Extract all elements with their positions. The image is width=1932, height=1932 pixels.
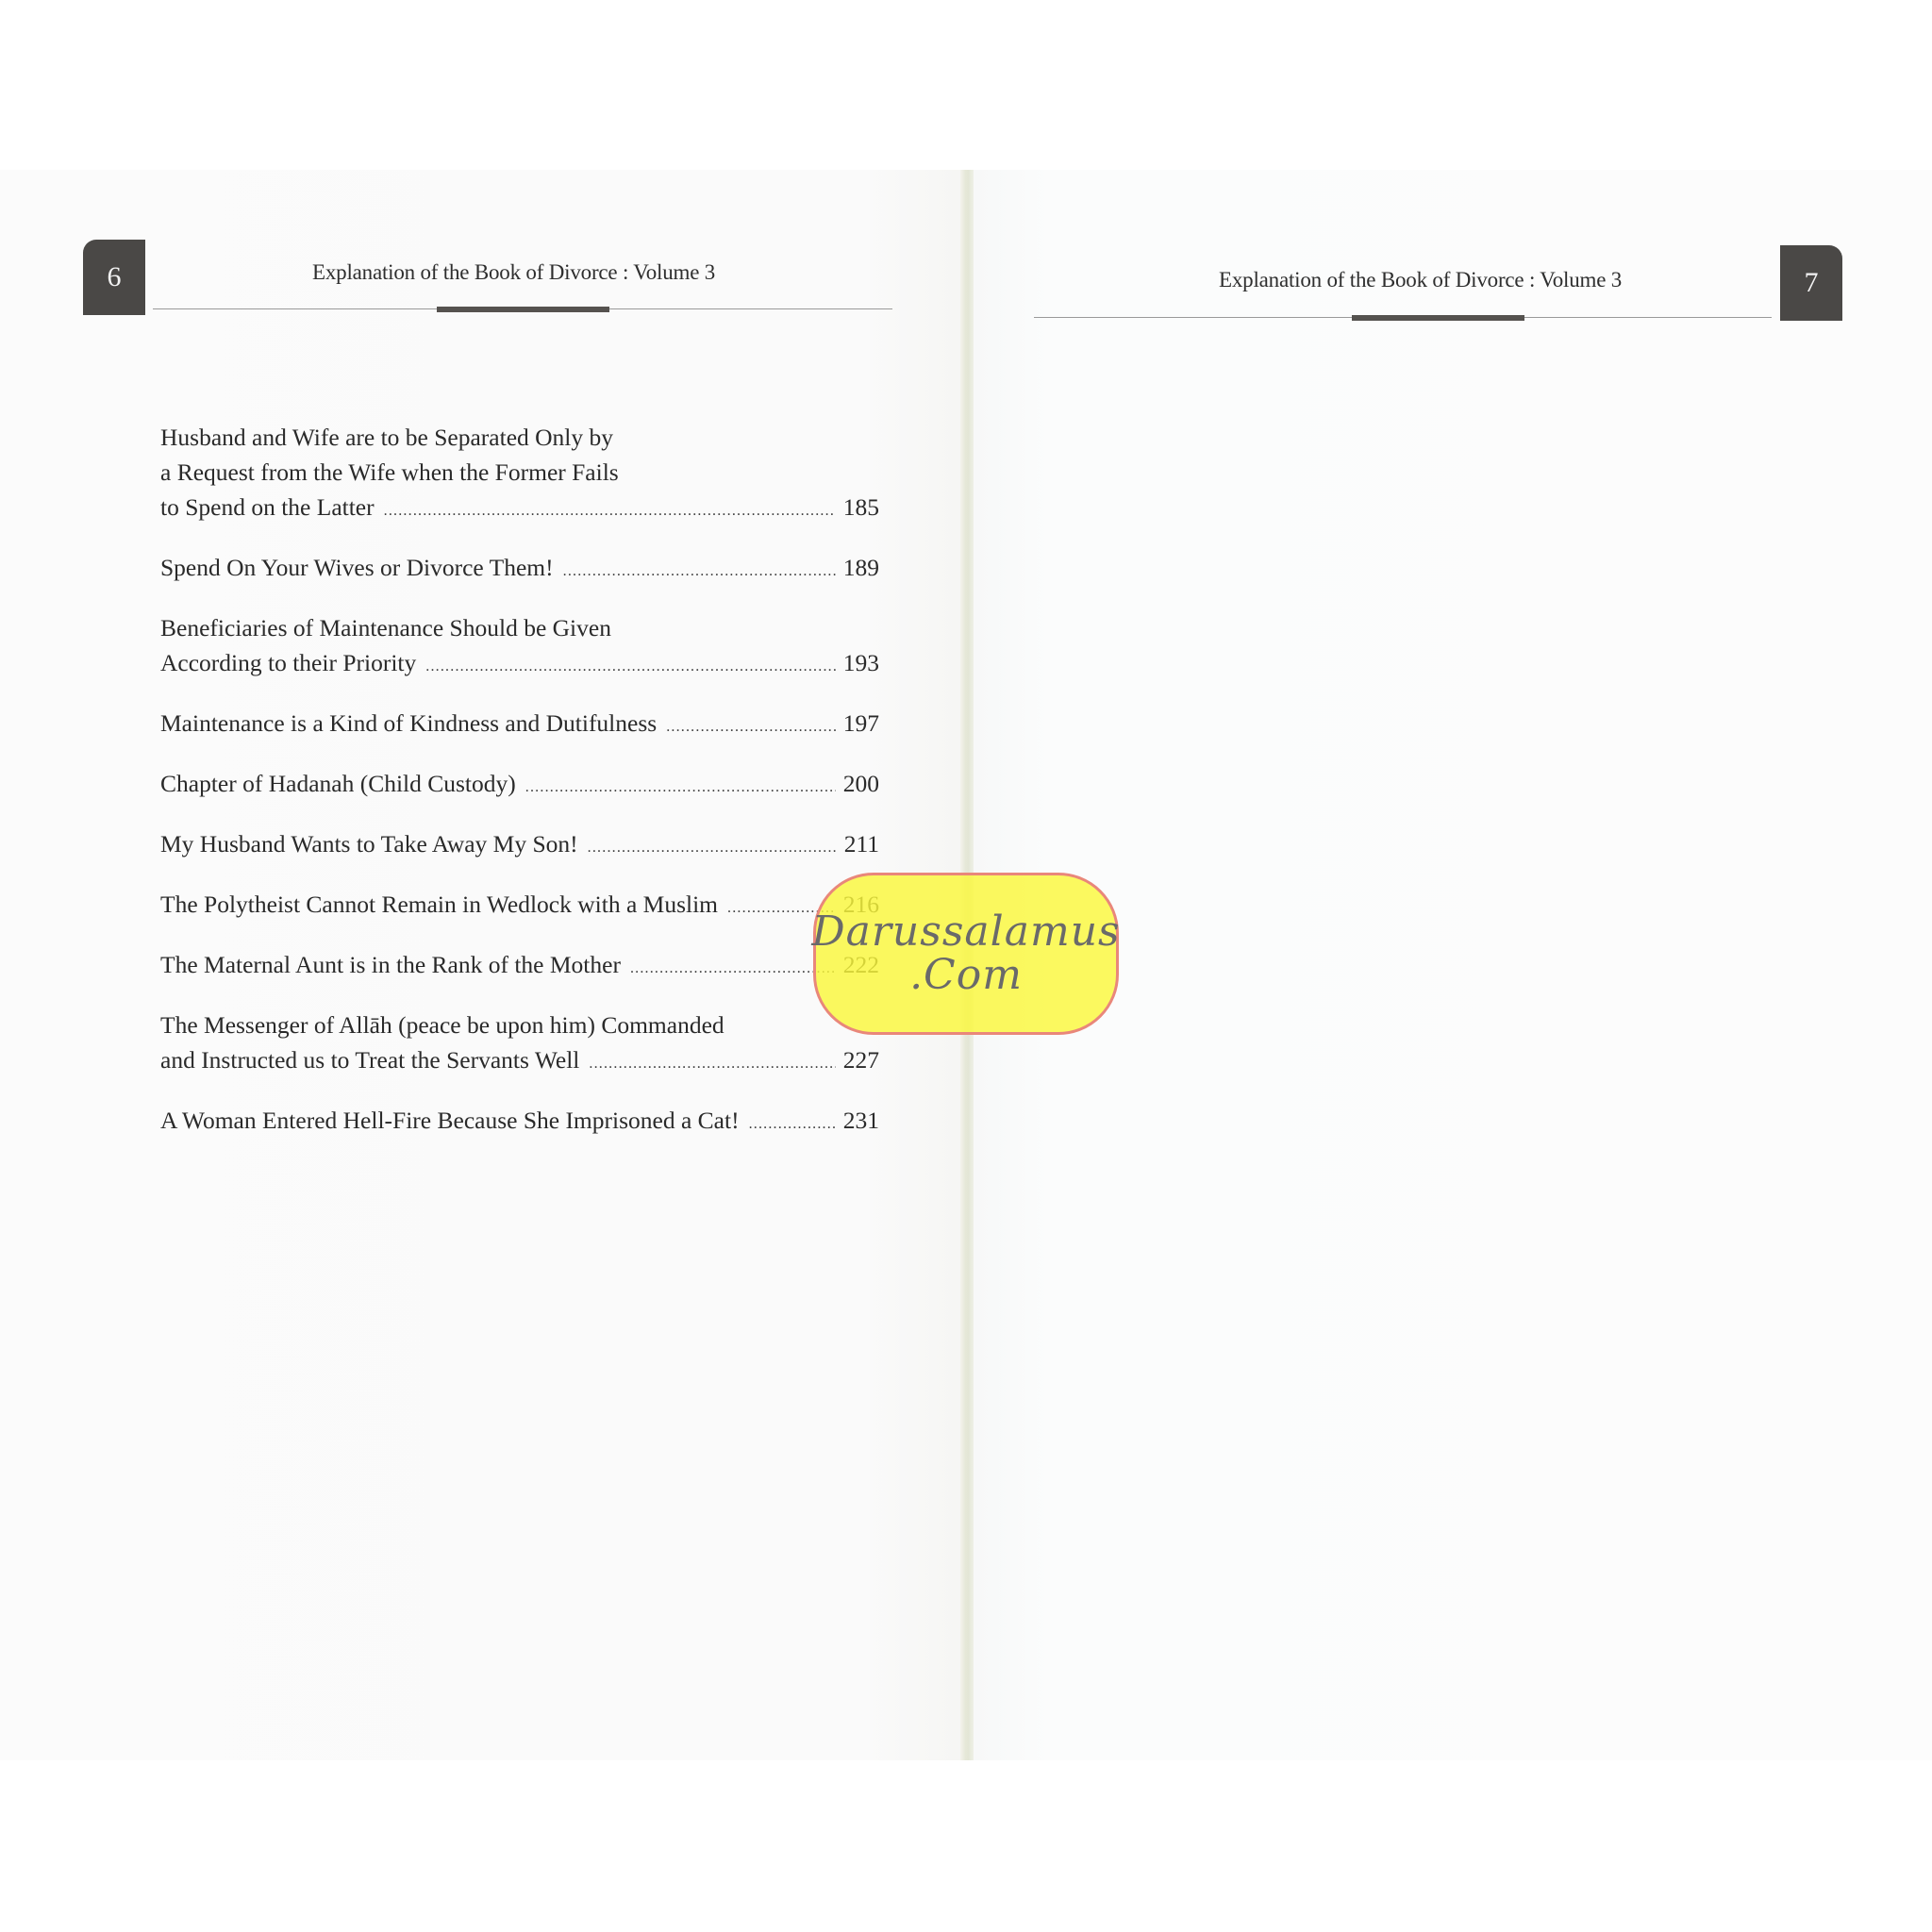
toc-entry-title-line: A Woman Entered Hell-Fire Because She Im… xyxy=(160,1103,740,1138)
toc-entry-title-line: a Request from the Wife when the Former … xyxy=(160,455,879,490)
toc-page-number: 227 xyxy=(841,1042,879,1077)
toc-entry[interactable]: Maintenance is a Kind of Kindness and Du… xyxy=(160,706,879,744)
toc-entry-title-line: The Messenger of Allāh (peace be upon hi… xyxy=(160,1008,879,1042)
toc-page-number: 185 xyxy=(841,490,879,525)
dot-leader xyxy=(666,709,836,744)
toc-entry-title-line: and Instructed us to Treat the Servants … xyxy=(160,1042,579,1077)
dot-leader xyxy=(384,493,836,528)
toc-entry[interactable]: My Husband Wants to Take Away My Son!211 xyxy=(160,826,879,865)
running-header: Explanation of the Book of Divorce : Vol… xyxy=(1219,268,1622,292)
toc-entry-title-line: The Polytheist Cannot Remain in Wedlock … xyxy=(160,887,718,922)
toc-page-number: 231 xyxy=(841,1103,879,1138)
toc-entry-title-line: to Spend on the Latter xyxy=(160,490,375,525)
watermark-line-1: Darussalamus xyxy=(811,910,1120,954)
dot-leader xyxy=(630,951,836,986)
toc-page-number: 200 xyxy=(841,766,879,801)
toc-entry-title-line: Maintenance is a Kind of Kindness and Du… xyxy=(160,706,657,741)
toc-entry-title-line: My Husband Wants to Take Away My Son! xyxy=(160,826,578,861)
toc-entry[interactable]: A Woman Entered Hell-Fire Because She Im… xyxy=(160,1103,879,1141)
toc-entry-title-line: Beneficiaries of Maintenance Should be G… xyxy=(160,610,879,645)
toc-page-number: 197 xyxy=(841,706,879,741)
toc-entry-title-line: Spend On Your Wives or Divorce Them! xyxy=(160,550,554,585)
toc-entry[interactable]: Beneficiaries of Maintenance Should be G… xyxy=(160,610,879,684)
toc-entry-title-line: The Maternal Aunt is in the Rank of the … xyxy=(160,947,621,982)
running-header: Explanation of the Book of Divorce : Vol… xyxy=(312,260,715,285)
toc-entry[interactable]: Chapter of Hadanah (Child Custody)200 xyxy=(160,766,879,805)
dot-leader xyxy=(589,1046,836,1081)
header-rule-accent xyxy=(437,307,609,312)
toc-page-number: 193 xyxy=(841,645,879,680)
dot-leader xyxy=(588,830,836,865)
toc-entry-title-line: According to their Priority xyxy=(160,645,416,680)
toc-entry-title-line: Husband and Wife are to be Separated Onl… xyxy=(160,420,879,455)
toc-entry-title-line: Chapter of Hadanah (Child Custody) xyxy=(160,766,516,801)
toc-page-number: 189 xyxy=(841,550,879,585)
page-number-tab: 7 xyxy=(1780,245,1842,321)
page-number-tab: 6 xyxy=(83,240,145,315)
watermark-line-2: .Com xyxy=(909,954,1023,997)
header-rule-accent xyxy=(1352,315,1524,321)
toc-entry[interactable]: The Messenger of Allāh (peace be upon hi… xyxy=(160,1008,879,1081)
table-of-contents: Husband and Wife are to be Separated Onl… xyxy=(160,420,879,1163)
toc-page-number: 211 xyxy=(841,826,879,861)
toc-entry[interactable]: Husband and Wife are to be Separated Onl… xyxy=(160,420,879,528)
toc-entry[interactable]: Spend On Your Wives or Divorce Them!189 xyxy=(160,550,879,589)
dot-leader xyxy=(749,1107,836,1141)
dot-leader xyxy=(563,554,836,589)
dot-leader xyxy=(425,649,836,684)
watermark-badge: Darussalamus .Com xyxy=(813,873,1119,1035)
toc-entry[interactable]: The Maternal Aunt is in the Rank of the … xyxy=(160,947,879,986)
toc-entry[interactable]: The Polytheist Cannot Remain in Wedlock … xyxy=(160,887,879,925)
dot-leader xyxy=(525,770,836,805)
